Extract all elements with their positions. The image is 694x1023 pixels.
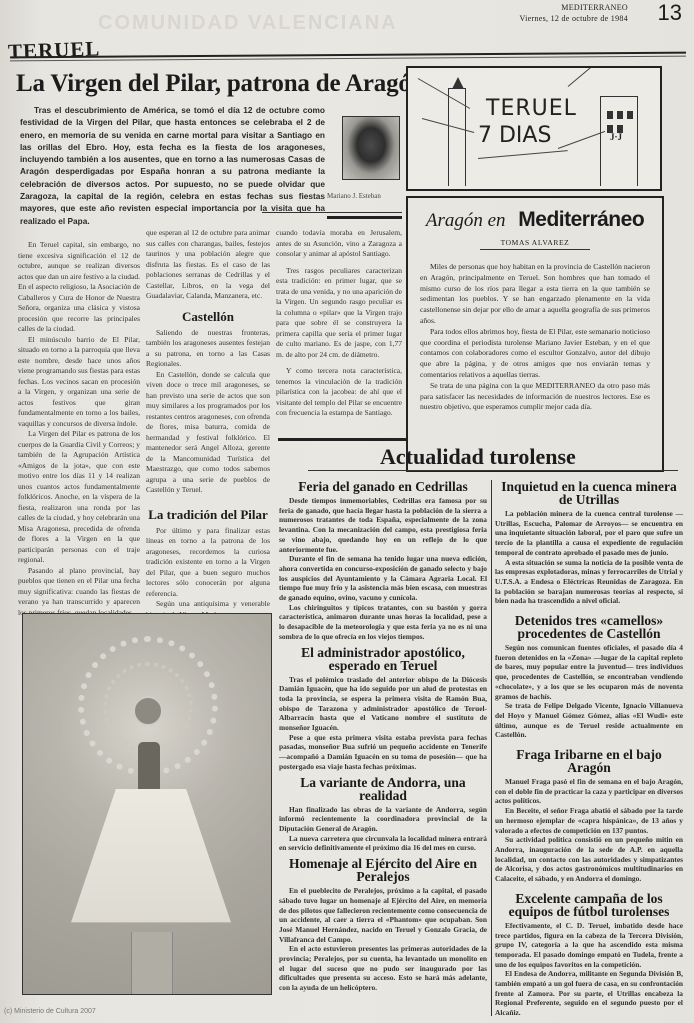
paragraph: Se trata de Felipe Delgado Vicente, Igna… — [495, 701, 683, 740]
news-headline: La variante de Andorra, una realidad — [279, 776, 487, 802]
mantle-shape — [71, 789, 231, 934]
teruel-7-dias-illustration: TERUEL 7 DIAS J·J — [406, 66, 662, 191]
news-right-column: Inquietud en la cuenca minera de Utrilla… — [495, 476, 683, 1018]
page-number: 13 — [658, 0, 682, 26]
paragraph: Según nos comunican fuentes oficiales, e… — [495, 643, 683, 701]
box-body: Miles de personas que hoy habitan en la … — [420, 262, 650, 413]
news-headline: Detenidos tres «camellos» procedentes de… — [495, 614, 683, 640]
paragraph: La nueva carretera que circunvala la loc… — [279, 834, 487, 853]
news-item-camellos: Detenidos tres «camellos» procedentes de… — [495, 614, 683, 740]
paragraph: A esta situación se suma la noticia de l… — [495, 558, 683, 607]
news-headline: Feria del ganado en Cedrillas — [279, 480, 487, 493]
paragraph: En el pueblecito de Peralejos, próximo a… — [279, 886, 487, 944]
main-lead: Tras el descubrimiento de América, se to… — [20, 104, 325, 227]
paragraph: cuando todavía moraba en Jerusalem, ante… — [276, 228, 402, 260]
lead-divider — [262, 212, 402, 213]
box-title-brand: Mediterráneo — [518, 208, 644, 231]
paragraph: La población minera de la cuenca central… — [495, 509, 683, 558]
ghost-bleed-text: COMUNIDAD VALENCIANA — [98, 12, 398, 35]
paragraph: Durante el fin de semana ha tenido lugar… — [279, 554, 487, 603]
news-item-futbol: Excelente campaña de los equipos de fútb… — [495, 892, 683, 1018]
paragraph: que esperan al 12 de octubre para animar… — [146, 228, 270, 302]
virgin-figure-shape — [138, 742, 160, 794]
paragraph: Los chiringuitos y típicos tratantes, co… — [279, 603, 487, 642]
issue-date: Viernes, 12 de octubre de 1984 — [520, 13, 629, 24]
paragraph: Manuel Fraga pasó el fin de semana en el… — [495, 777, 683, 806]
section-title-rule — [308, 470, 678, 471]
paragraph: Pese a que esta primera visita estaba pr… — [279, 733, 487, 772]
subhead-tradicion: La tradición del Pilar — [146, 508, 270, 522]
paragraph: Saliendo de nuestras fronteras, también … — [146, 328, 270, 370]
paragraph: Tres rasgos peculiares caracterizan esta… — [276, 266, 402, 361]
paragraph: El Endesa de Andorra, militante en Segun… — [495, 969, 683, 1018]
news-left-column: Feria del ganado en Cedrillas Desde tiem… — [279, 476, 487, 993]
main-article-col-2: que esperan al 12 de octubre para animar… — [146, 228, 270, 620]
box-title: Aragón en Mediterráneo — [420, 208, 650, 232]
news-headline: Inquietud en la cuenca minera de Utrilla… — [495, 480, 683, 506]
aragon-en-mediterraneo-box: Aragón en Mediterráneo TOMAS ALVAREZ Mil… — [406, 196, 664, 472]
paragraph: El minúsculo barrio de El Pilar, situado… — [18, 335, 140, 430]
column-separator — [491, 480, 492, 1016]
paragraph: Tras el polémico traslado del anterior o… — [279, 675, 487, 733]
illustration-title-teruel: TERUEL — [486, 96, 577, 121]
tower-drawing — [448, 88, 466, 186]
paragraph: En el acto estuvieron presentes las prim… — [279, 944, 487, 993]
pillar-shape — [131, 932, 173, 995]
news-item-cedrillas: Feria del ganado en Cedrillas Desde tiem… — [279, 480, 487, 642]
paragraph: En Castellón, donde se calcula que viven… — [146, 370, 270, 496]
news-item-fraga: Fraga Iribarne en el bajo Aragón Manuel … — [495, 748, 683, 884]
paragraph: Su actividad política consistió en un pe… — [495, 835, 683, 884]
main-article-col-1: En Teruel capital, sin embargo, no tiene… — [18, 240, 140, 618]
copyright-notice: (c) Ministerio de Cultura 2007 — [4, 1008, 96, 1015]
author-caption: Mariano J. Esteban — [327, 192, 381, 200]
news-headline: Excelente campaña de los equipos de fútb… — [495, 892, 683, 918]
paragraph: Han finalizado las obras de la variante … — [279, 805, 487, 834]
author-portrait-photo — [342, 116, 400, 180]
paragraph: En Beceite, el señor Fraga abatió el sáb… — [495, 806, 683, 835]
paragraph: Por último y para finalizar estas líneas… — [146, 526, 270, 600]
paper-name: MEDITERRANEO — [520, 2, 629, 13]
news-item-administrador: El administrador apostólico, esperado en… — [279, 646, 487, 772]
virgen-del-pilar-photo — [22, 613, 272, 995]
news-headline: Fraga Iribarne en el bajo Aragón — [495, 748, 683, 774]
news-headline: Homenaje al Ejército del Aire en Peralej… — [279, 857, 487, 883]
paragraph: Desde tiempos inmemoriables, Cedrillas e… — [279, 496, 487, 554]
lead-divider-thick — [327, 216, 402, 219]
news-item-andorra: La variante de Andorra, una realidad Han… — [279, 776, 487, 854]
paragraph: Miles de personas que hoy habitan en la … — [420, 262, 650, 327]
paragraph: Efectivamente, el C. D. Teruel, imbatido… — [495, 921, 683, 970]
illustration-title-7-dias: 7 DIAS — [478, 123, 551, 148]
paper-info: MEDITERRANEO Viernes, 12 de octubre de 1… — [520, 2, 629, 24]
news-item-utrillas: Inquietud en la cuenca minera de Utrilla… — [495, 480, 683, 606]
section-title-actualidad: Actualidad turolense — [380, 444, 576, 470]
box-author: TOMAS ALVAREZ — [480, 238, 590, 250]
subhead-castellon: Castellón — [146, 310, 270, 324]
main-article-col-3: cuando todavía moraba en Jerusalem, ante… — [276, 228, 402, 419]
column-end-rule — [278, 438, 406, 441]
paragraph: Se trata de una página con la que MEDITE… — [420, 381, 650, 413]
newspaper-page: COMUNIDAD VALENCIANA TERUEL MEDITERRANEO… — [0, 0, 694, 1023]
box-title-italic: Aragón en — [426, 210, 506, 231]
artist-stamp: J·J — [610, 132, 622, 142]
paragraph: Pasando al plano provincial, hay pueblos… — [18, 566, 140, 619]
main-headline: La Virgen del Pilar, patrona de Aragón — [16, 70, 424, 98]
paragraph: En Teruel capital, sin embargo, no tiene… — [18, 240, 140, 335]
news-headline: El administrador apostólico, esperado en… — [279, 646, 487, 672]
news-item-peralejos: Homenaje al Ejército del Aire en Peralej… — [279, 857, 487, 993]
paragraph: Y como tercera nota característica, tene… — [276, 366, 402, 419]
paragraph: La Virgen del Pilar es patrona de los cu… — [18, 429, 140, 566]
paragraph: Para todos ellos abrimos hoy, fiesta de … — [420, 327, 650, 381]
virgin-face-shape — [133, 696, 163, 726]
